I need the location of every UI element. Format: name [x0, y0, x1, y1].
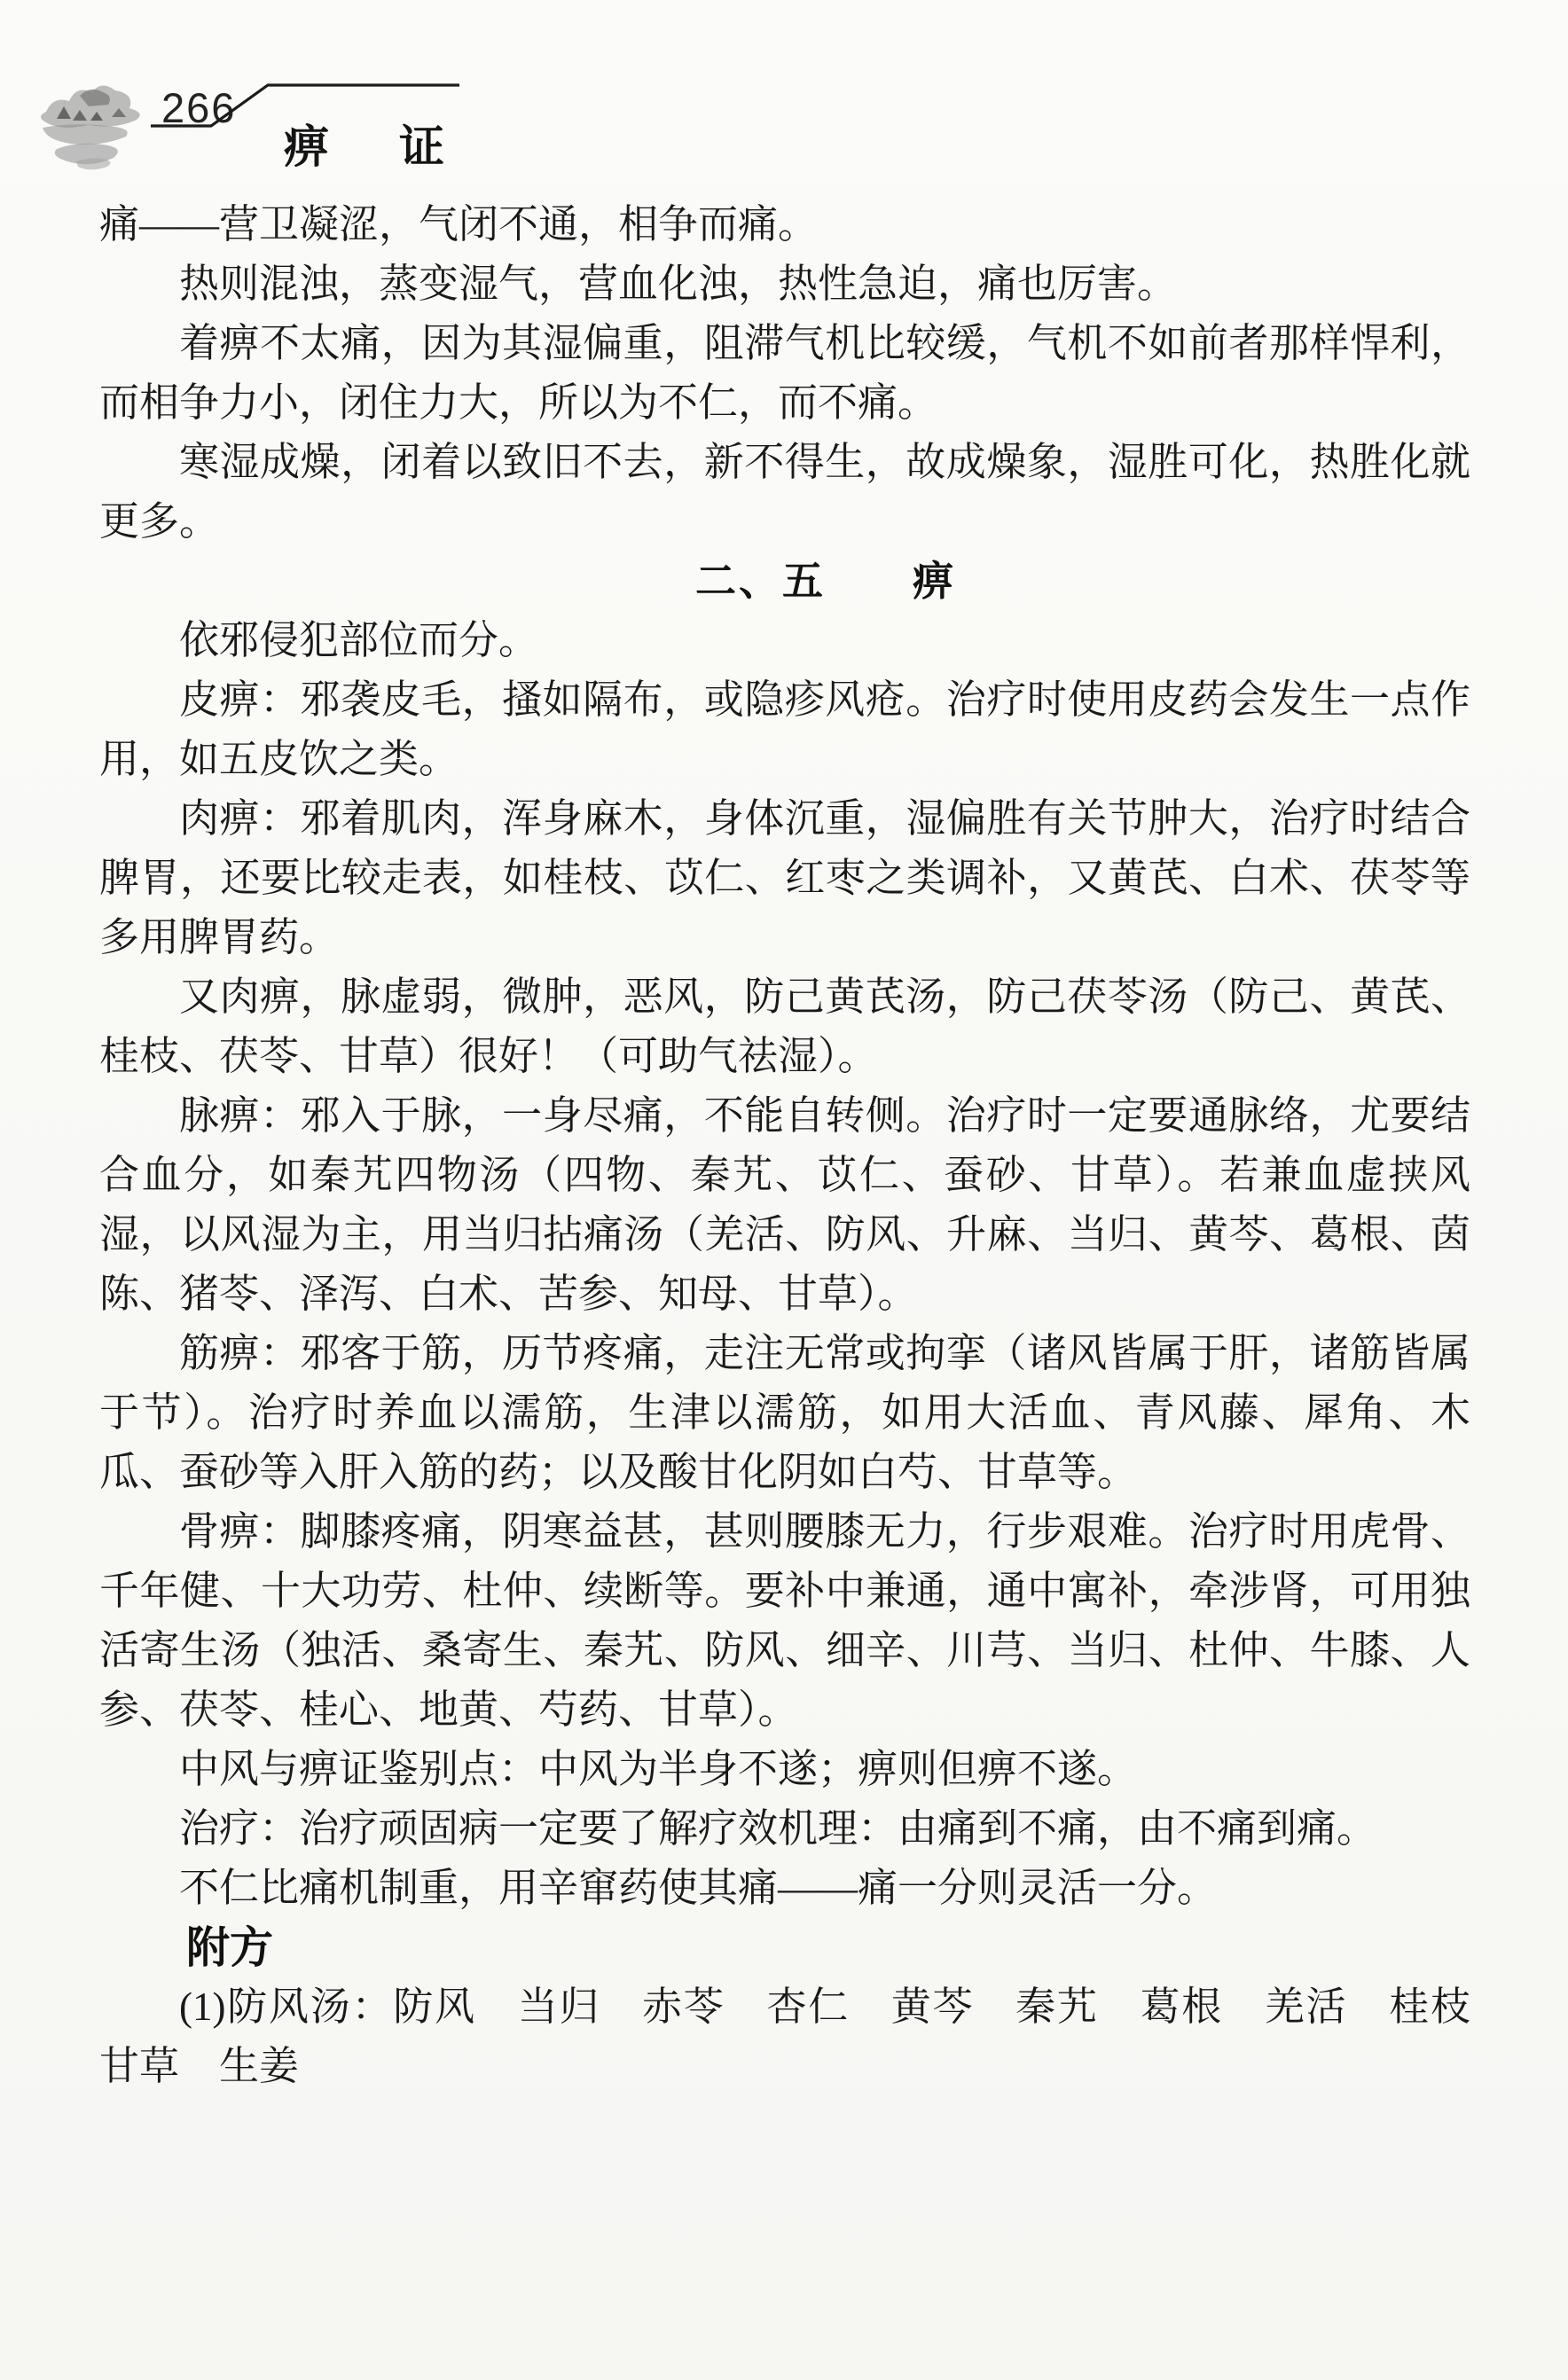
paragraph: 骨痹：脚膝疼痛，阴寒益甚，甚则腰膝无力，行步艰难。治疗时用虎骨、千年健、十大功劳…: [99, 1502, 1470, 1740]
paragraph: 又肉痹，脉虚弱，微肿，恶风，防己黄芪汤，防己茯苓汤（防己、黄芪、桂枝、茯苓、甘草…: [99, 967, 1470, 1086]
paragraph: (1)防风汤：防风 当归 赤苓 杏仁 黄芩 秦艽 葛根 羌活 桂枝 甘草 生姜: [99, 1977, 1470, 2096]
paragraph: 依邪侵犯部位而分。: [99, 611, 1470, 670]
paragraph: 脉痹：邪入于脉，一身尽痛，不能自转侧。治疗时一定要通脉络，尤要结合血分，如秦艽四…: [99, 1086, 1470, 1324]
paragraph: 治疗：治疗顽固病一定要了解疗效机理：由痛到不痛，由不痛到痛。: [99, 1799, 1470, 1859]
paragraph: 不仁比痛机制重，用辛窜药使其痛——痛一分则灵活一分。: [99, 1859, 1470, 1918]
section-heading-five-bi: 二、五 痹: [99, 552, 1470, 611]
paragraph: 寒湿成燥，闭着以致旧不去，新不得生，故成燥象，湿胜可化，热胜化就更多。: [99, 433, 1470, 552]
body-text: 痛——营卫凝涩，气闭不通，相争而痛。 热则混浊，蒸变湿气，营血化浊，热性急迫，痛…: [99, 195, 1470, 2096]
paragraph: 皮痹：邪袭皮毛，搔如隔布，或隐疹风疮。治疗时使用皮药会发生一点作用，如五皮饮之类…: [99, 670, 1470, 789]
paragraph: 热则混浊，蒸变湿气，营血化浊，热性急迫，痛也厉害。: [99, 254, 1470, 314]
paragraph: 中风与痹证鉴别点：中风为半身不遂；痹则但痹不遂。: [99, 1740, 1470, 1799]
paragraph: 着痹不太痛，因为其湿偏重，阻滞气机比较缓，气机不如前者那样悍利，而相争力小，闭住…: [99, 314, 1470, 433]
chapter-title: 痹 证: [284, 110, 457, 176]
paragraph: 肉痹：邪着肌肉，浑身麻木，身体沉重，湿偏胜有关节肿大，治疗时结合脾胃，还要比较走…: [99, 789, 1470, 967]
paragraph: 筋痹：邪客于筋，历节疼痛，走注无常或拘挛（诸风皆属于肝，诸筋皆属于节）。治疗时养…: [99, 1324, 1470, 1502]
paragraph: 痛——营卫凝涩，气闭不通，相争而痛。: [99, 195, 1470, 254]
book-page: 266 痹 证 痛——营卫凝涩，气闭不通，相争而痛。 热则混浊，蒸变湿气，营血化…: [0, 0, 1568, 2380]
subheading-fufang: 附方: [99, 1918, 1470, 1977]
